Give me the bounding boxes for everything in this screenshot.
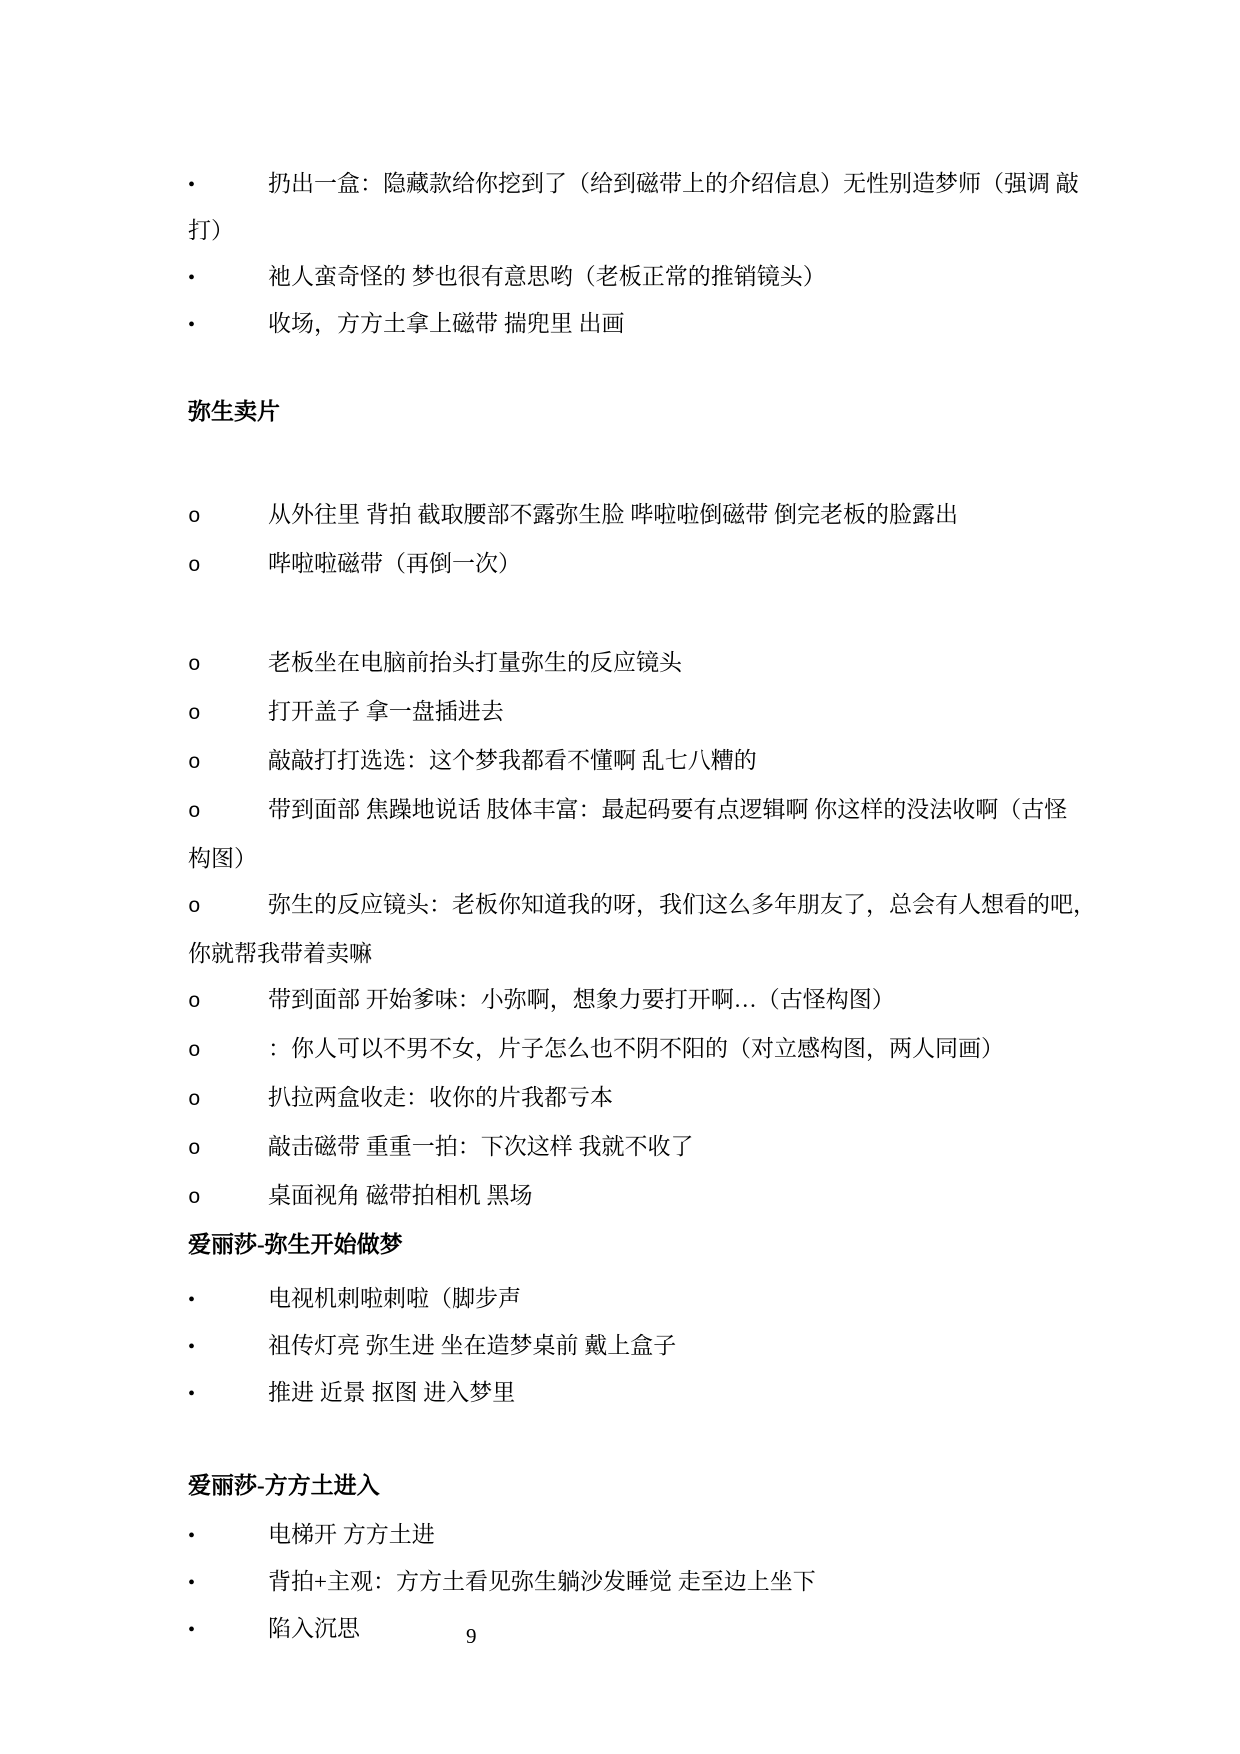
o-item-text: 老板坐在电脑前抬头打量弥生的反应镜头 [268,650,682,675]
bullet-item-text: 祖传灯亮 弥生进 坐在造梦桌前 戴上盒子 [268,1333,676,1358]
circle-bullet-marker: o [188,643,268,689]
circle-bullet-marker: o [188,885,268,931]
section-heading-fang: 爱丽莎-方方土进入 [188,1463,1200,1509]
o-item: o带到面部 焦躁地说话 肢体丰富：最起码要有点逻辑啊 你这样的没法收啊（古怪 构… [188,787,1200,882]
bullet-item: •电视机刺啦刺啦（脚步声 [188,1276,1200,1323]
circle-bullet-marker: o [188,1029,268,1075]
disc-bullet-marker: • [188,162,268,208]
o-item-text: 扒拉两盒收走：收你的片我都亏本 [268,1085,613,1110]
bullet-item: •陷入沉思 [188,1606,1200,1653]
o-item-text: 从外往里 背拍 截取腰部不露弥生脸 哔啦啦倒磁带 倒完老板的脸露出 [268,502,958,527]
o-item: o弥生的反应镜头：老板你知道我的呀，我们这么多年朋友了，总会有人想看的吧， 你就… [188,882,1200,977]
disc-bullet-marker: • [188,1607,268,1653]
circle-bullet-marker: o [188,1127,268,1173]
circle-bullet-marker: o [188,980,268,1026]
o-item: o桌面视角 磁带拍相机 黑场 [188,1173,1200,1222]
spacer [188,1417,1200,1463]
o-item-text: ：你人可以不男不女，片子怎么也不阴不阳的（对立感构图，两人同画） [268,1036,1004,1061]
o-item-text: 敲敲打打选选：这个梦我都看不懂啊 乱七八糟的 [268,748,757,773]
o-item: o扒拉两盒收走：收你的片我都亏本 [188,1075,1200,1124]
circle-bullet-marker: o [188,741,268,787]
spacer [188,348,1200,389]
o-item-text: 带到面部 开始爹味：小弥啊，想象力要打开啊…（古怪构图） [268,987,895,1012]
bullet-item-text: 陷入沉思 [268,1616,360,1641]
page-number: 9 [466,1623,477,1649]
page-content: •扔出一盒：隐藏款给你挖到了（给到磁带上的介绍信息）无性别造梦师（强调 敲 打）… [0,0,1240,1653]
bullet-item-text: 祂人蛮奇怪的 梦也很有意思哟（老板正常的推销镜头） [268,264,826,289]
circle-bullet-marker: o [188,495,268,541]
circle-bullet-marker: o [188,544,268,590]
bullet-item-text: 背拍+主观：方方土看见弥生躺沙发睡觉 走至边上坐下 [268,1569,816,1594]
circle-bullet-marker: o [188,692,268,738]
document-page: •扔出一盒：隐藏款给你挖到了（给到磁带上的介绍信息）无性别造梦师（强调 敲 打）… [0,0,1240,1754]
bullet-item-text: 扔出一盒：隐藏款给你挖到了（给到磁带上的介绍信息）无性别造梦师（强调 敲 打） [188,171,1079,243]
spacer [188,435,1200,481]
disc-bullet-marker: • [188,255,268,301]
circle-bullet-marker: o [188,1078,268,1124]
o-item: o带到面部 开始爹味：小弥啊，想象力要打开啊…（古怪构图） [188,977,1200,1026]
o-item: o老板坐在电脑前抬头打量弥生的反应镜头 [188,640,1200,689]
disc-bullet-marker: • [188,1324,268,1370]
bullet-item: •背拍+主观：方方土看见弥生躺沙发睡觉 走至边上坐下 [188,1559,1200,1606]
disc-bullet-marker: • [188,1277,268,1323]
o-item-text: 敲击磁带 重重一拍：下次这样 我就不收了 [268,1134,694,1159]
disc-bullet-marker: • [188,1560,268,1606]
bullet-item: •祖传灯亮 弥生进 坐在造梦桌前 戴上盒子 [188,1323,1200,1370]
section-heading-dream: 爱丽莎-弥生开始做梦 [188,1222,1200,1268]
bullet-item: •推进 近景 抠图 进入梦里 [188,1370,1200,1417]
disc-bullet-marker: • [188,1513,268,1559]
bullet-item-text: 推进 近景 抠图 进入梦里 [268,1380,515,1405]
o-item-text: 桌面视角 磁带拍相机 黑场 [268,1183,533,1208]
bullet-item-text: 电视机刺啦刺啦（脚步声 [268,1286,521,1311]
o-item-text: 带到面部 焦躁地说话 肢体丰富：最起码要有点逻辑啊 你这样的没法收啊（古怪 构图… [188,797,1067,871]
o-item: o哔啦啦磁带（再倒一次） [188,541,1200,590]
o-item-text: 打开盖子 拿一盘插进去 [268,699,504,724]
spacer [188,590,1200,636]
o-item: o从外往里 背拍 截取腰部不露弥生脸 哔啦啦倒磁带 倒完老板的脸露出 [188,492,1200,541]
circle-bullet-marker: o [188,1176,268,1222]
bullet-item: •扔出一盒：隐藏款给你挖到了（给到磁带上的介绍信息）无性别造梦师（强调 敲 打） [188,161,1200,254]
bullet-item-text: 收场，方方土拿上磁带 揣兜里 出画 [268,311,625,336]
circle-bullet-marker: o [188,790,268,836]
o-item: o：你人可以不男不女，片子怎么也不阴不阳的（对立感构图，两人同画） [188,1026,1200,1075]
o-item: o敲敲打打选选：这个梦我都看不懂啊 乱七八糟的 [188,738,1200,787]
disc-bullet-marker: • [188,302,268,348]
section-heading-yayoi: 弥生卖片 [188,389,1200,435]
disc-bullet-marker: • [188,1371,268,1417]
bullet-item-text: 电梯开 方方土进 [268,1522,435,1547]
o-item: o敲击磁带 重重一拍：下次这样 我就不收了 [188,1124,1200,1173]
o-item-text: 弥生的反应镜头：老板你知道我的呀，我们这么多年朋友了，总会有人想看的吧， 你就帮… [188,892,1096,966]
o-item-text: 哔啦啦磁带（再倒一次） [268,551,521,576]
bullet-item: •电梯开 方方土进 [188,1512,1200,1559]
bullet-item: •祂人蛮奇怪的 梦也很有意思哟（老板正常的推销镜头） [188,254,1200,301]
bullet-item: •收场，方方土拿上磁带 揣兜里 出画 [188,301,1200,348]
o-item: o打开盖子 拿一盘插进去 [188,689,1200,738]
